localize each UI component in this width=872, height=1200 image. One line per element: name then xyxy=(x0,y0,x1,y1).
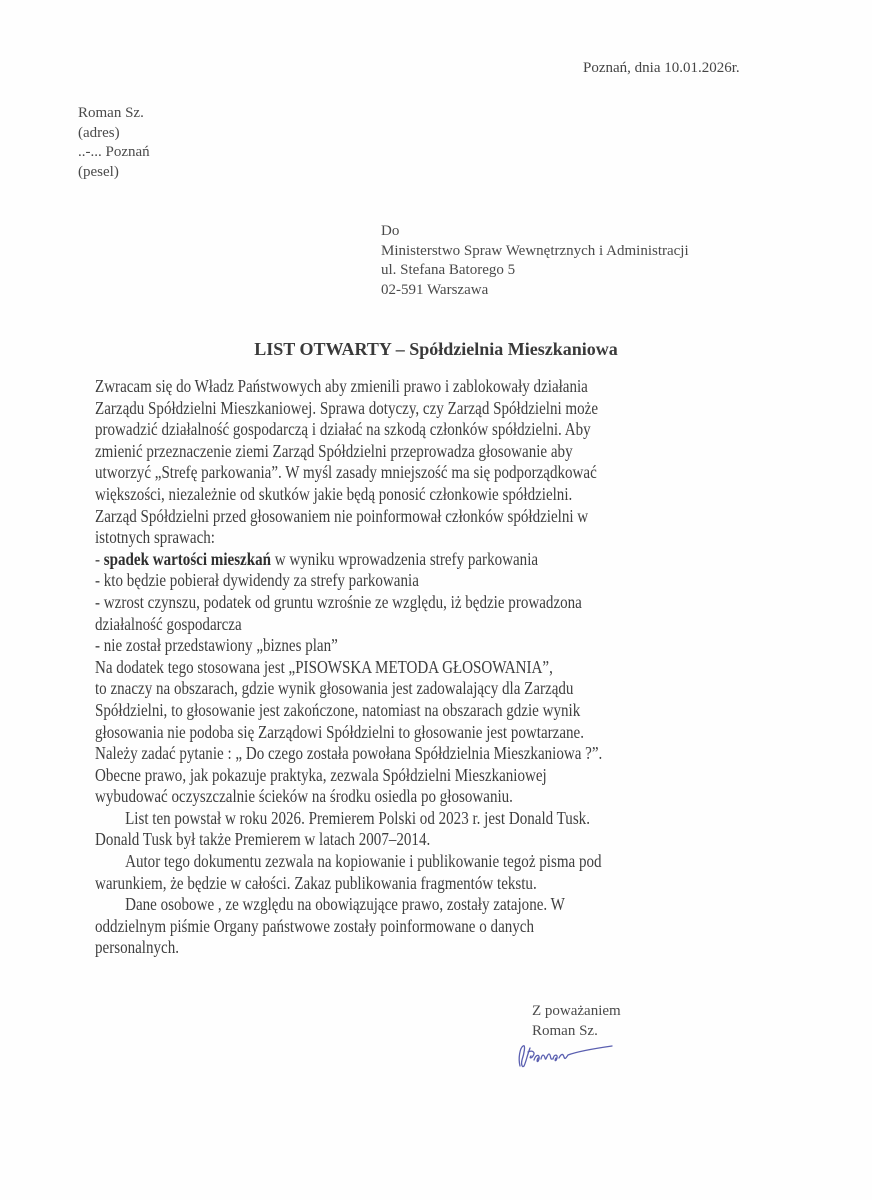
closing-block: Z poważaniem Roman Sz. xyxy=(532,1002,621,1041)
body-line: - spadek wartości mieszkań w wyniku wpro… xyxy=(95,549,697,571)
body-line: - kto będzie pobierał dywidendy za stref… xyxy=(95,570,697,592)
letter-page: Poznań, dnia 10.01.2026r. Roman Sz. (adr… xyxy=(0,0,872,1200)
body-line: Spółdzielni, to głosowanie jest zakończo… xyxy=(95,700,697,722)
sender-name: Roman Sz. xyxy=(78,104,150,124)
body-line: działalność gospodarcza xyxy=(95,614,697,636)
letter-body: Zwracam się do Władz Państwowych aby zmi… xyxy=(95,376,795,959)
body-line: List ten powstał w roku 2026. Premierem … xyxy=(95,808,697,830)
letter-title-text: LIST OTWARTY – Spółdzielnia Mieszkaniowa xyxy=(254,339,617,360)
body-line: głosowania nie podoba się Zarządowi Spół… xyxy=(95,722,697,744)
sender-pesel: (pesel) xyxy=(78,163,150,183)
body-line: Donald Tusk był także Premierem w latach… xyxy=(95,829,697,851)
body-line: - wzrost czynszu, podatek od gruntu wzro… xyxy=(95,592,697,614)
body-line: Zarząd Spółdzielni przed głosowaniem nie… xyxy=(95,506,697,528)
body-line: oddzielnym piśmie Organy państwowe zosta… xyxy=(95,916,697,938)
list-dash: - xyxy=(95,549,104,569)
recipient-to: Do xyxy=(381,222,689,242)
body-line: Na dodatek tego stosowana jest „PISOWSKA… xyxy=(95,657,697,679)
letter-title: LIST OTWARTY – Spółdzielnia Mieszkaniowa xyxy=(0,339,872,360)
body-line: wybudować oczyszczalnie ścieków na środk… xyxy=(95,786,697,808)
body-line: - nie został przedstawiony „biznes plan” xyxy=(95,635,697,657)
date-line: Poznań, dnia 10.01.2026r. xyxy=(583,60,740,77)
recipient-name: Ministerstwo Spraw Wewnętrznych i Admini… xyxy=(381,242,689,262)
closing-salutation: Z poważaniem xyxy=(532,1002,621,1022)
body-line: Autor tego dokumentu zezwala na kopiowan… xyxy=(95,851,697,873)
body-line: istotnych sprawach: xyxy=(95,527,697,549)
sender-address: (adres) xyxy=(78,124,150,144)
body-line: prowadzić działalność gospodarczą i dzia… xyxy=(95,419,697,441)
closing-name: Roman Sz. xyxy=(532,1022,621,1042)
body-line: większości, niezależnie od skutków jakie… xyxy=(95,484,697,506)
body-line: personalnych. xyxy=(95,937,697,959)
emphasis-text: spadek wartości mieszkań xyxy=(104,549,271,569)
body-line: Dane osobowe , ze względu na obowiązując… xyxy=(95,894,697,916)
body-line: utworzyć „Strefę parkowania”. W myśl zas… xyxy=(95,462,697,484)
body-line: Obecne prawo, jak pokazuje praktyka, zez… xyxy=(95,765,697,787)
body-line: Zwracam się do Władz Państwowych aby zmi… xyxy=(95,376,697,398)
sender-city: ..-... Poznań xyxy=(78,143,150,163)
signature-icon xyxy=(516,1040,626,1072)
body-line: Należy zadać pytanie : „ Do czego został… xyxy=(95,743,697,765)
sender-block: Roman Sz. (adres) ..-... Poznań (pesel) xyxy=(78,104,150,182)
body-line: to znaczy na obszarach, gdzie wynik głos… xyxy=(95,678,697,700)
recipient-city: 02-591 Warszawa xyxy=(381,281,689,301)
body-line-text: w wyniku wprowadzenia strefy parkowania xyxy=(271,549,538,569)
recipient-street: ul. Stefana Batorego 5 xyxy=(381,261,689,281)
body-line: warunkiem, że będzie w całości. Zakaz pu… xyxy=(95,873,697,895)
recipient-block: Do Ministerstwo Spraw Wewnętrznych i Adm… xyxy=(381,222,689,300)
body-line: zmienić przeznaczenie ziemi Zarząd Spółd… xyxy=(95,441,697,463)
body-line: Zarządu Spółdzielni Mieszkaniowej. Spraw… xyxy=(95,398,697,420)
